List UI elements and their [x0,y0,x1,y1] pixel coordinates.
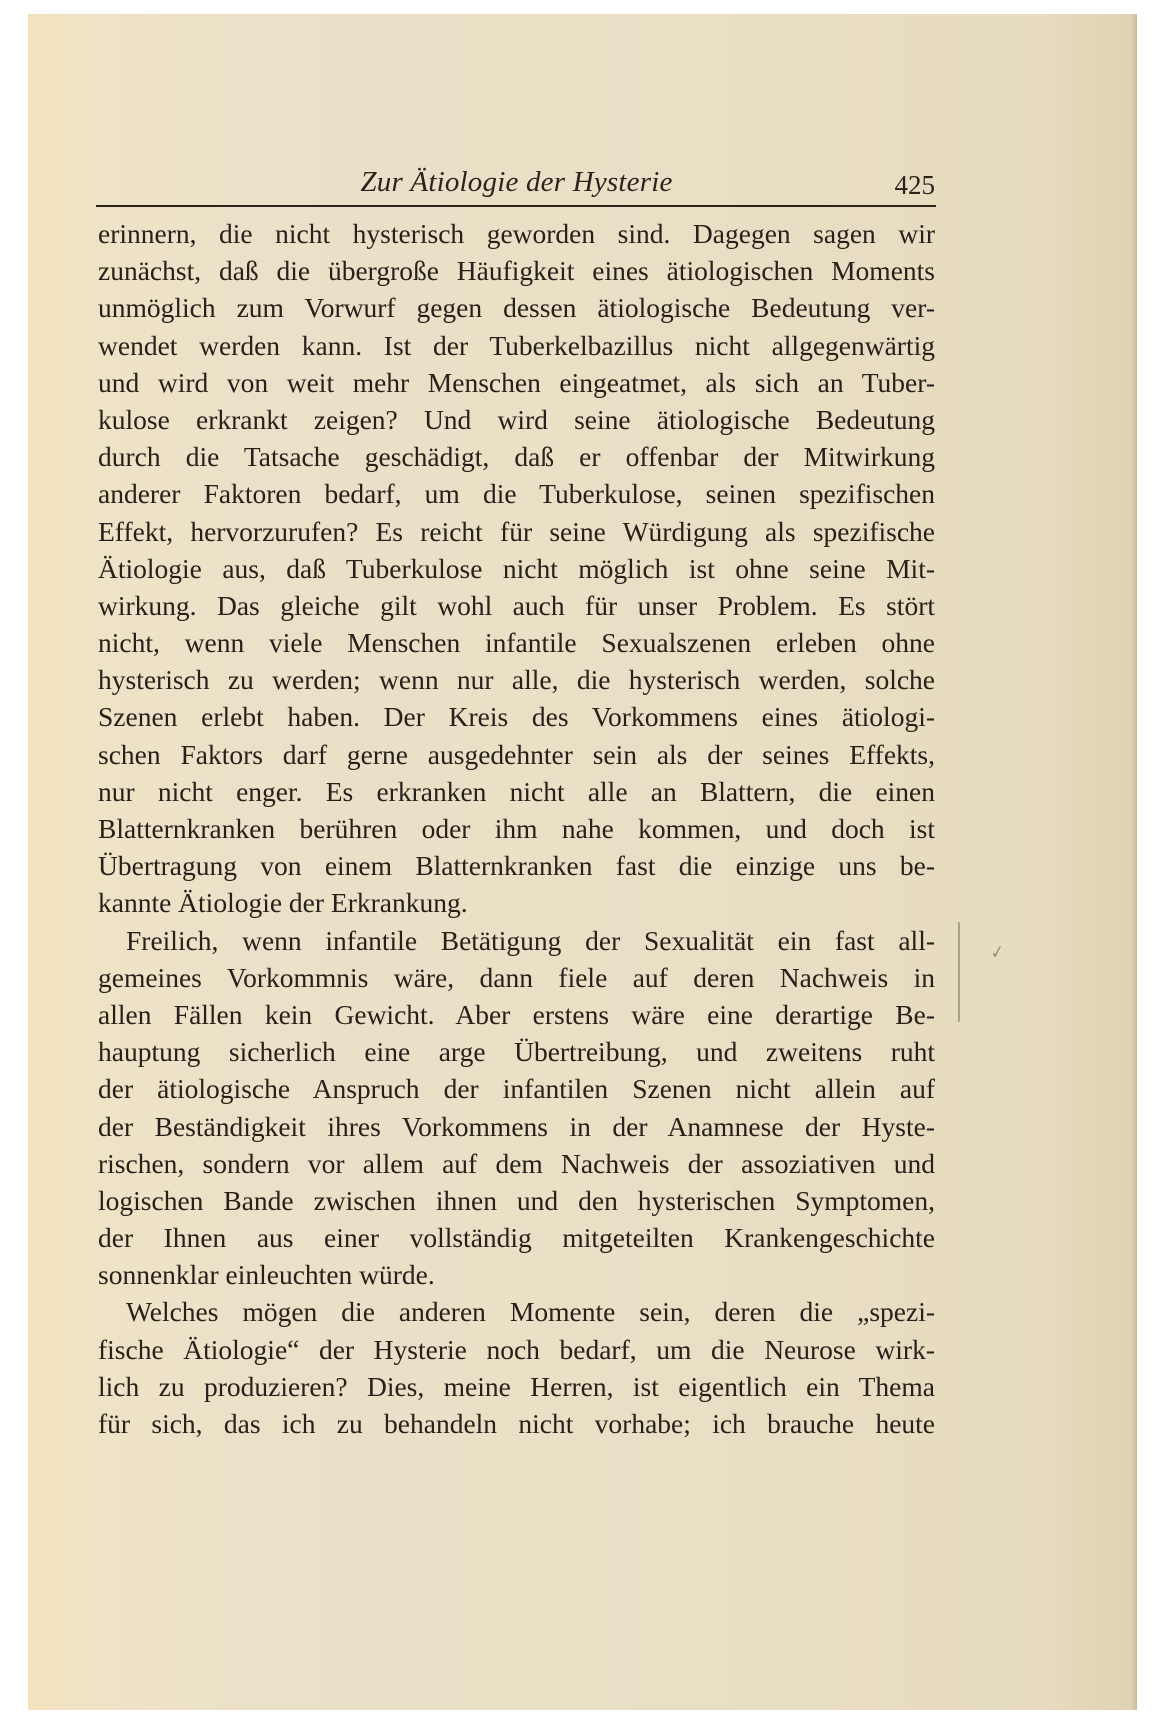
text-line: durch die Tatsache geschädigt, daß er of… [98,438,935,475]
text-line: Blatternkranken berühren oder ihm nahe k… [98,810,935,847]
text-line: unmöglich zum Vorwurf gegen dessen ätiol… [98,289,935,326]
text-line: hauptung sicherlich eine arge Übertreibu… [98,1033,935,1070]
page-number: 425 [895,170,936,201]
text-line: Übertragung von einem Blatternkranken fa… [98,847,935,884]
text-line: der Beständigkeit ihres Vorkommens in de… [98,1108,935,1145]
book-page: Zur Ätiologie der Hysterie 425 erinnern,… [28,14,1137,1710]
body-text: erinnern, die nicht hysterisch geworden … [98,215,935,1442]
text-line: und wird von weit mehr Menschen eingeatm… [98,364,935,401]
text-line: Effekt, hervorzurufen? Es reicht für sei… [98,513,935,550]
text-line: erinnern, die nicht hysterisch geworden … [98,215,935,252]
text-line: gemeines Vorkommnis wäre, dann fiele auf… [98,959,935,996]
text-line: Szenen erlebt haben. Der Kreis des Vorko… [98,698,935,735]
text-line: anderer Faktoren bedarf, um die Tuberkul… [98,475,935,512]
text-line: Ätiologie aus, daß Tuberkulose nicht mög… [98,550,935,587]
running-head: Zur Ätiologie der Hysterie 425 [98,166,935,210]
text-line: wendet werden kann. Ist der Tuberkelbazi… [98,327,935,364]
header-rule [96,205,936,207]
text-line: nicht, wenn viele Menschen infantile Sex… [98,624,935,661]
text-line: Freilich, wenn infantile Betätigung der … [98,922,935,959]
text-line: lich zu produzieren? Dies, meine Herren,… [98,1368,935,1405]
text-line: der ätiologische Anspruch der infantilen… [98,1070,935,1107]
text-line: rischen, sondern vor allem auf dem Nachw… [98,1145,935,1182]
text-line: sonnenklar einleuchten würde. [98,1256,935,1293]
text-line: für sich, das ich zu behandeln nicht vor… [98,1405,935,1442]
text-line: schen Faktors darf gerne ausgedehnter se… [98,736,935,773]
text-line: fische Ätiologie“ der Hysterie noch beda… [98,1331,935,1368]
text-line: Welches mögen die anderen Momente sein, … [98,1293,935,1330]
text-line: wirkung. Das gleiche gilt wohl auch für … [98,587,935,624]
pencil-check-icon: ✓ [988,941,1007,964]
text-line: hysterisch zu werden; wenn nur alle, die… [98,661,935,698]
text-line: zunächst, daß die übergroße Häufigkeit e… [98,252,935,289]
pencil-margin-line [958,922,960,1022]
text-line: logischen Bande zwischen ihnen und den h… [98,1182,935,1219]
text-line: kannte Ätiologie der Erkrankung. [98,884,935,921]
text-line: allen Fällen kein Gewicht. Aber erstens … [98,996,935,1033]
running-title: Zur Ätiologie der Hysterie [98,166,935,199]
text-line: kulose erkrankt zeigen? Und wird seine ä… [98,401,935,438]
text-line: der Ihnen aus einer vollständig mitgetei… [98,1219,935,1256]
text-line: nur nicht enger. Es erkranken nicht alle… [98,773,935,810]
